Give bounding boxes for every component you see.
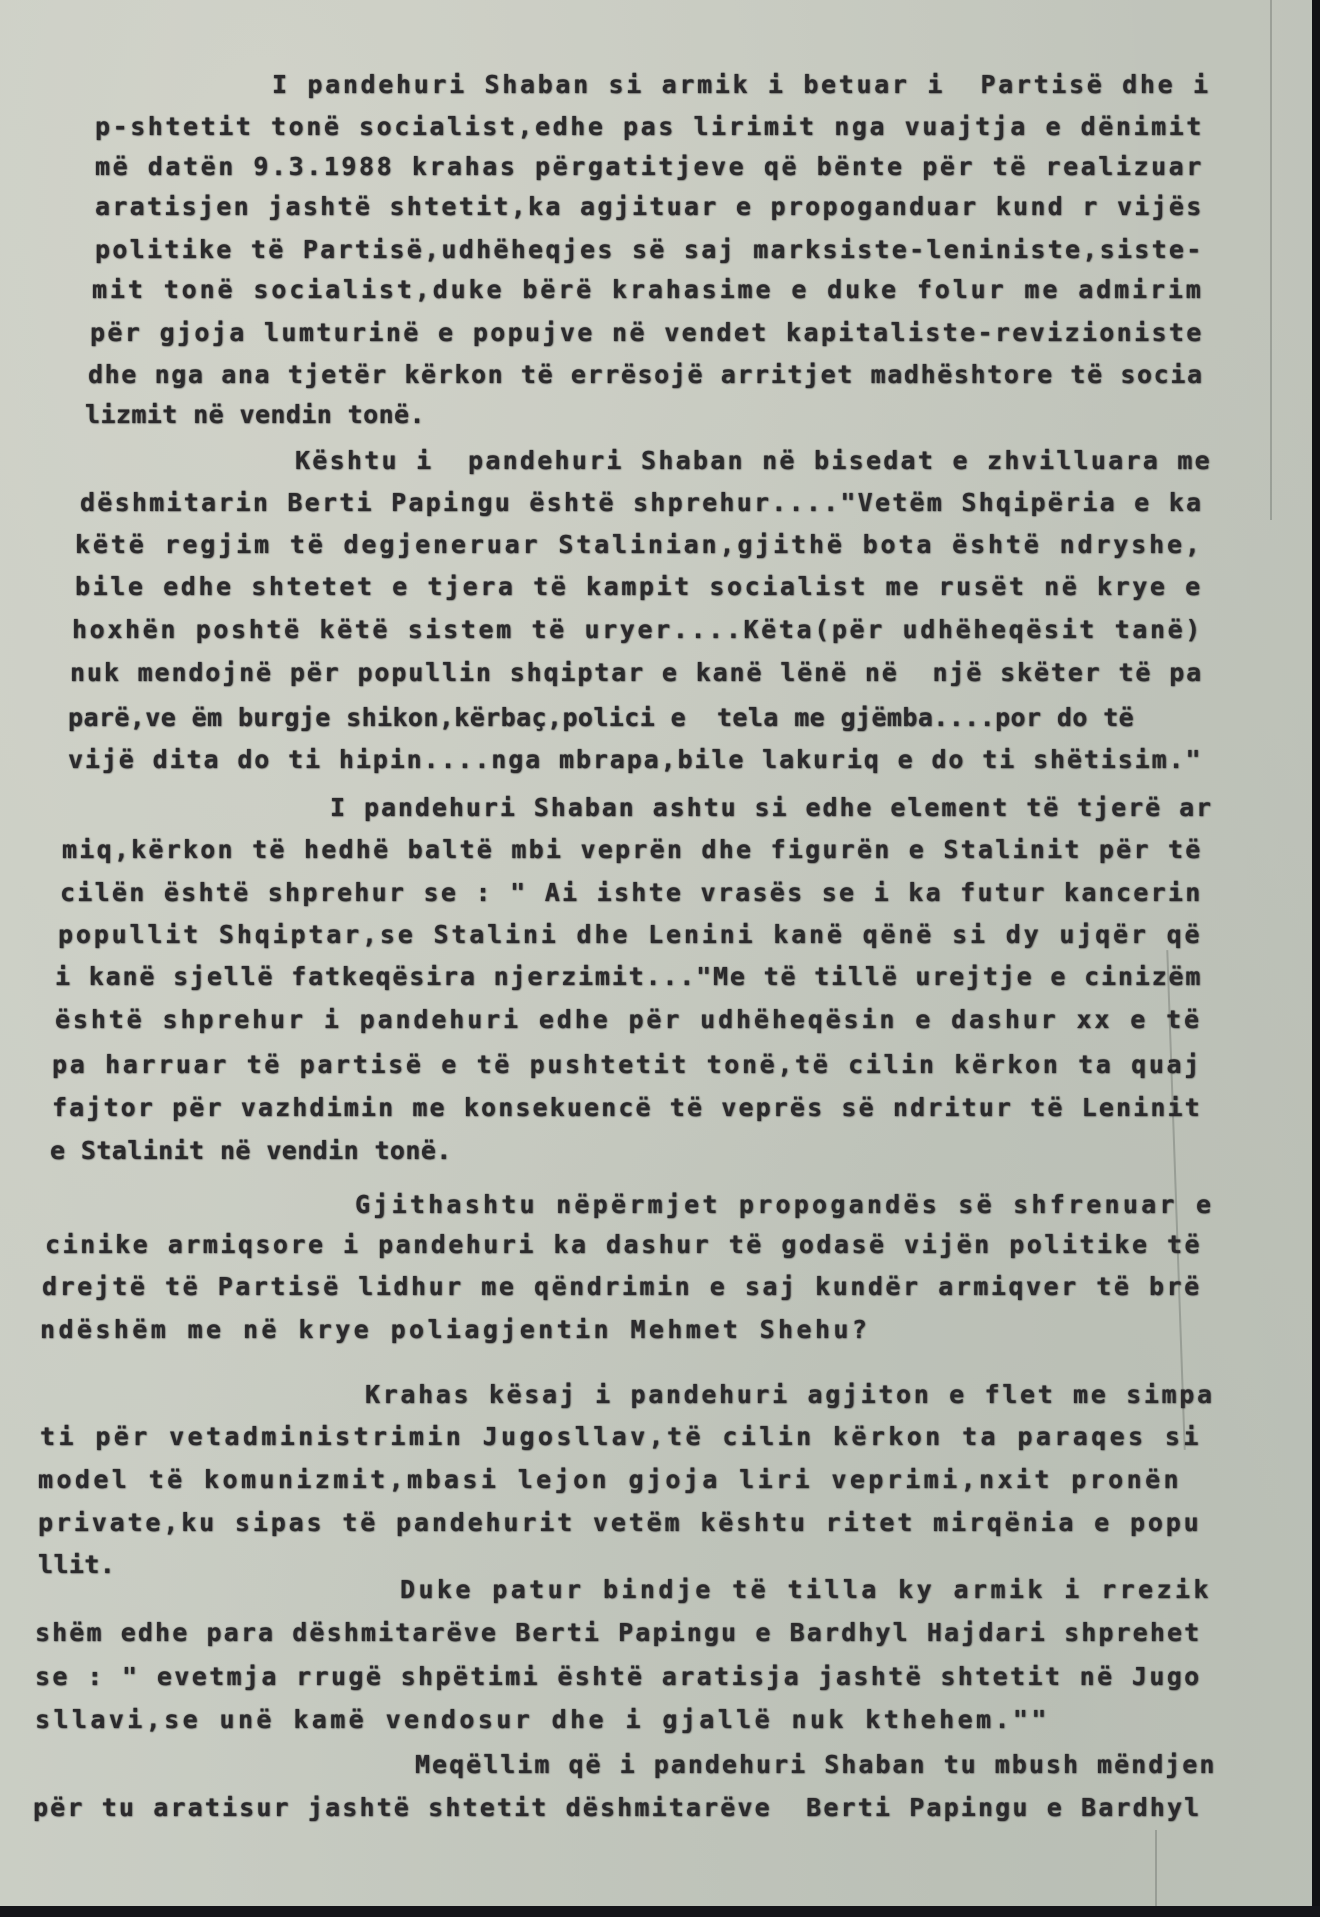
text-line: parë,ve ëm burgje shikon,kërbaç,polici e… — [68, 703, 1134, 733]
text-line: Gjithashtu nëpërmjet propogandës së shfr… — [355, 1190, 1214, 1220]
text-line: Krahas kësaj i pandehuri agjiton e flet … — [365, 1380, 1215, 1410]
text-line: p-shtetit tonë socialist,edhe pas lirimi… — [95, 112, 1204, 142]
text-line: pa harruar të partisë e të pushtetit ton… — [52, 1050, 1202, 1080]
paper-crease — [1155, 1830, 1157, 1910]
text-line: fajtor për vazhdimin me konsekuencë të v… — [52, 1093, 1202, 1123]
text-line: shëm edhe para dëshmitarëve Berti Paping… — [35, 1618, 1201, 1648]
text-line: i kanë sjellë fatkeqësira njerzimit..."M… — [55, 962, 1202, 992]
text-line: aratisjen jashtë shtetit,ka agjituar e p… — [95, 192, 1204, 222]
text-line: ndëshëm me në krye poliagjentin Mehmet S… — [40, 1315, 870, 1345]
text-line: llit. — [38, 1550, 115, 1580]
text-line: Meqëllim që i pandehuri Shaban tu mbush … — [415, 1750, 1216, 1780]
text-line: Kështu i pandehuri Shaban në bisedat e z… — [295, 446, 1212, 476]
text-line: nuk mendojnë për popullin shqiptar e kan… — [70, 658, 1203, 688]
photo-frame-edge — [1312, 0, 1320, 1917]
text-line: dëshmitarin Berti Papingu është shprehur… — [80, 488, 1203, 518]
text-line: vijë dita do ti hipin....nga mbrapa,bile… — [68, 745, 1202, 775]
text-line: I pandehuri Shaban ashtu si edhe element… — [330, 793, 1213, 823]
text-line: politike të Partisë,udhëheqjes së saj ma… — [95, 235, 1204, 265]
text-line: ti për vetadministrimin Jugosllav,të cil… — [40, 1422, 1202, 1452]
text-line: popullit Shqiptar,se Stalini dhe Lenini … — [58, 920, 1202, 950]
text-line: dhe nga ana tjetër kërkon të errësojë ar… — [88, 360, 1204, 390]
text-line: private,ku sipas të pandehurit vetëm kës… — [38, 1508, 1202, 1538]
text-line: miq,kërkon të hedhë baltë mbi veprën dhe… — [62, 835, 1203, 865]
text-line: Duke patur bindje të tilla ky armik i rr… — [400, 1575, 1212, 1605]
paper-crease — [1270, 0, 1272, 520]
text-line: më datën 9.3.1988 krahas përgatitjeve që… — [95, 152, 1204, 182]
text-line: lizmit në vendin tonë. — [85, 400, 425, 430]
text-line: e Stalinit në vendin tonë. — [50, 1136, 452, 1166]
text-line: bile edhe shtetet e tjera të kampit soci… — [75, 572, 1203, 602]
text-line: drejtë të Partisë lidhur me qëndrimin e … — [42, 1272, 1202, 1302]
text-line: se : " evetmja rrugë shpëtimi është arat… — [35, 1662, 1202, 1692]
text-line: hoxhën poshtë këtë sistem të uryer....Kë… — [72, 615, 1203, 645]
text-line: është shprehur i pandehuri edhe për udhë… — [55, 1005, 1202, 1035]
text-line: sllavi,se unë kamë vendosur dhe i gjallë… — [35, 1705, 1050, 1735]
text-line: këtë regjim të degjeneruar Stalinian,gji… — [75, 530, 1203, 560]
text-line: mit tonë socialist,duke bërë krahasime e… — [92, 275, 1204, 305]
text-line: cinike armiqsore i pandehuri ka dashur t… — [45, 1230, 1202, 1260]
text-line: për tu aratisur jashtë shtetit dëshmitar… — [33, 1793, 1201, 1823]
text-line: cilën është shprehur se : " Ai ishte vra… — [60, 878, 1203, 908]
photo-frame-edge — [0, 1906, 1320, 1917]
text-line: I pandehuri Shaban si armik i betuar i P… — [272, 70, 1211, 100]
text-line: model të komunizmit,mbasi lejon gjoja li… — [38, 1465, 1182, 1495]
text-line: për gjoja lumturinë e popujve në vendet … — [90, 318, 1204, 348]
